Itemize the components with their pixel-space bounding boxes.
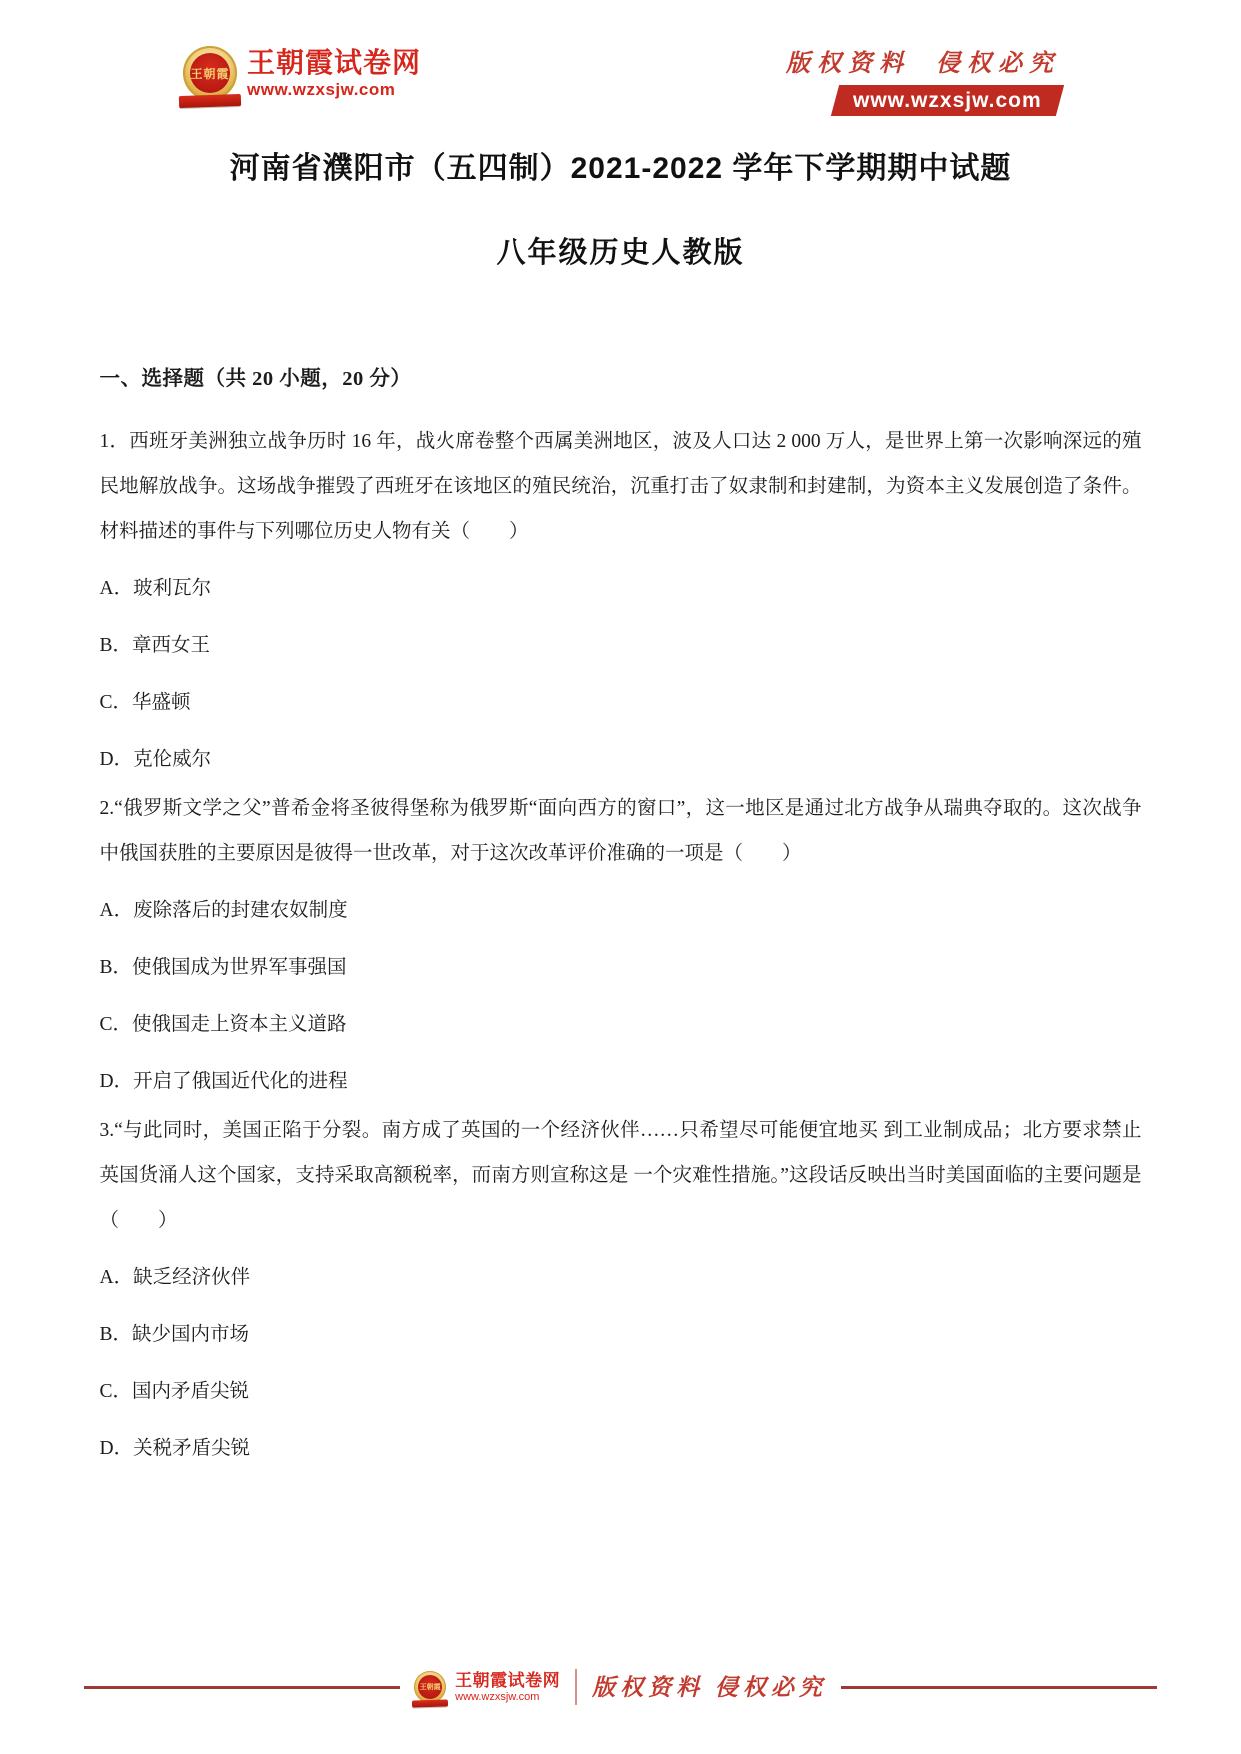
question-3-option-d: D．关税矛盾尖锐 [100, 1426, 1142, 1471]
medallion-ribbon-icon [179, 94, 241, 108]
question-1-option-a: A．玻利瓦尔 [100, 566, 1142, 611]
question-1: 1．西班牙美洲独立战争历时 16 年，战火席卷整个西属美洲地区，波及人口达 2 … [100, 419, 1142, 782]
document-subtitle: 八年级历史人教版 [0, 230, 1241, 271]
site-logo: 王朝霞 王朝霞试卷网 www.wzxsjw.com [183, 46, 421, 100]
copyright-block: 版权资料 侵权必究 www.wzxsjw.com [786, 46, 1060, 116]
footer-medallion-logo-icon: 王朝霞 [414, 1671, 446, 1703]
document-body: 一、选择题（共 20 小题，20 分） 1．西班牙美洲独立战争历时 16 年，战… [100, 365, 1142, 1471]
exam-paper-page: 王朝霞 王朝霞试卷网 www.wzxsjw.com 版权资料 侵权必究 www.… [0, 0, 1241, 1754]
page-header: 王朝霞 王朝霞试卷网 www.wzxsjw.com 版权资料 侵权必究 www.… [0, 0, 1241, 116]
document-title: 河南省濮阳市（五四制）2021-2022 学年下学期期中试题 [0, 143, 1241, 187]
question-2: 2.“俄罗斯文学之父”普希金将圣彼得堡称为俄罗斯“面向西方的窗口”，这一地区是通… [100, 786, 1142, 1104]
question-2-option-b: B．使俄国成为世界军事强国 [100, 945, 1142, 990]
footer-site-url: www.wzxsjw.com [455, 1692, 560, 1703]
footer-brand-block: 王朝霞 王朝霞试卷网 www.wzxsjw.com 版权资料 侵权必究 [414, 1669, 827, 1705]
footer-rule-right [841, 1686, 1157, 1689]
section-heading: 一、选择题（共 20 小题，20 分） [100, 365, 1142, 393]
footer-brand-text: 王朝霞试卷网 www.wzxsjw.com [455, 1672, 560, 1703]
question-1-option-b: B．章西女王 [100, 623, 1142, 668]
site-url: www.wzxsjw.com [247, 81, 421, 98]
footer-site-name: 王朝霞试卷网 [455, 1672, 560, 1689]
question-2-option-d: D．开启了俄国近代化的进程 [100, 1059, 1142, 1104]
medallion-seal-text: 王朝霞 [190, 53, 230, 93]
footer-slogan: 版权资料 侵权必究 [592, 1676, 827, 1699]
footer-medallion-ribbon-icon [412, 1699, 448, 1707]
question-1-option-d: D．克伦威尔 [100, 737, 1142, 782]
question-2-option-c: C．使俄国走上资本主义道路 [100, 1002, 1142, 1047]
footer-divider [575, 1669, 577, 1705]
medallion-logo-icon: 王朝霞 [183, 46, 237, 100]
question-3-option-c: C．国内矛盾尖锐 [100, 1369, 1142, 1414]
footer-rule-left [84, 1686, 400, 1689]
question-3-option-a: A．缺乏经济伙伴 [100, 1255, 1142, 1300]
question-2-option-a: A．废除落后的封建农奴制度 [100, 888, 1142, 933]
footer-medallion-seal-text: 王朝霞 [418, 1675, 442, 1699]
question-2-text: 2.“俄罗斯文学之父”普希金将圣彼得堡称为俄罗斯“面向西方的窗口”，这一地区是通… [100, 786, 1142, 876]
question-3-text: 3.“与此同时，美国正陷于分裂。南方成了英国的一个经济伙伴……只希望尽可能便宜地… [100, 1108, 1142, 1243]
url-banner: www.wzxsjw.com [831, 85, 1064, 116]
question-3: 3.“与此同时，美国正陷于分裂。南方成了英国的一个经济伙伴……只希望尽可能便宜地… [100, 1108, 1142, 1471]
question-1-option-c: C．华盛顿 [100, 680, 1142, 725]
url-banner-text: www.wzxsjw.com [853, 88, 1042, 113]
copyright-slogan: 版权资料 侵权必究 [786, 52, 1060, 76]
page-footer: 王朝霞 王朝霞试卷网 www.wzxsjw.com 版权资料 侵权必究 [0, 1669, 1241, 1705]
question-3-option-b: B．缺少国内市场 [100, 1312, 1142, 1357]
site-name: 王朝霞试卷网 [247, 49, 421, 77]
question-1-text: 1．西班牙美洲独立战争历时 16 年，战火席卷整个西属美洲地区，波及人口达 2 … [100, 419, 1142, 554]
brand-text-block: 王朝霞试卷网 www.wzxsjw.com [247, 49, 421, 98]
